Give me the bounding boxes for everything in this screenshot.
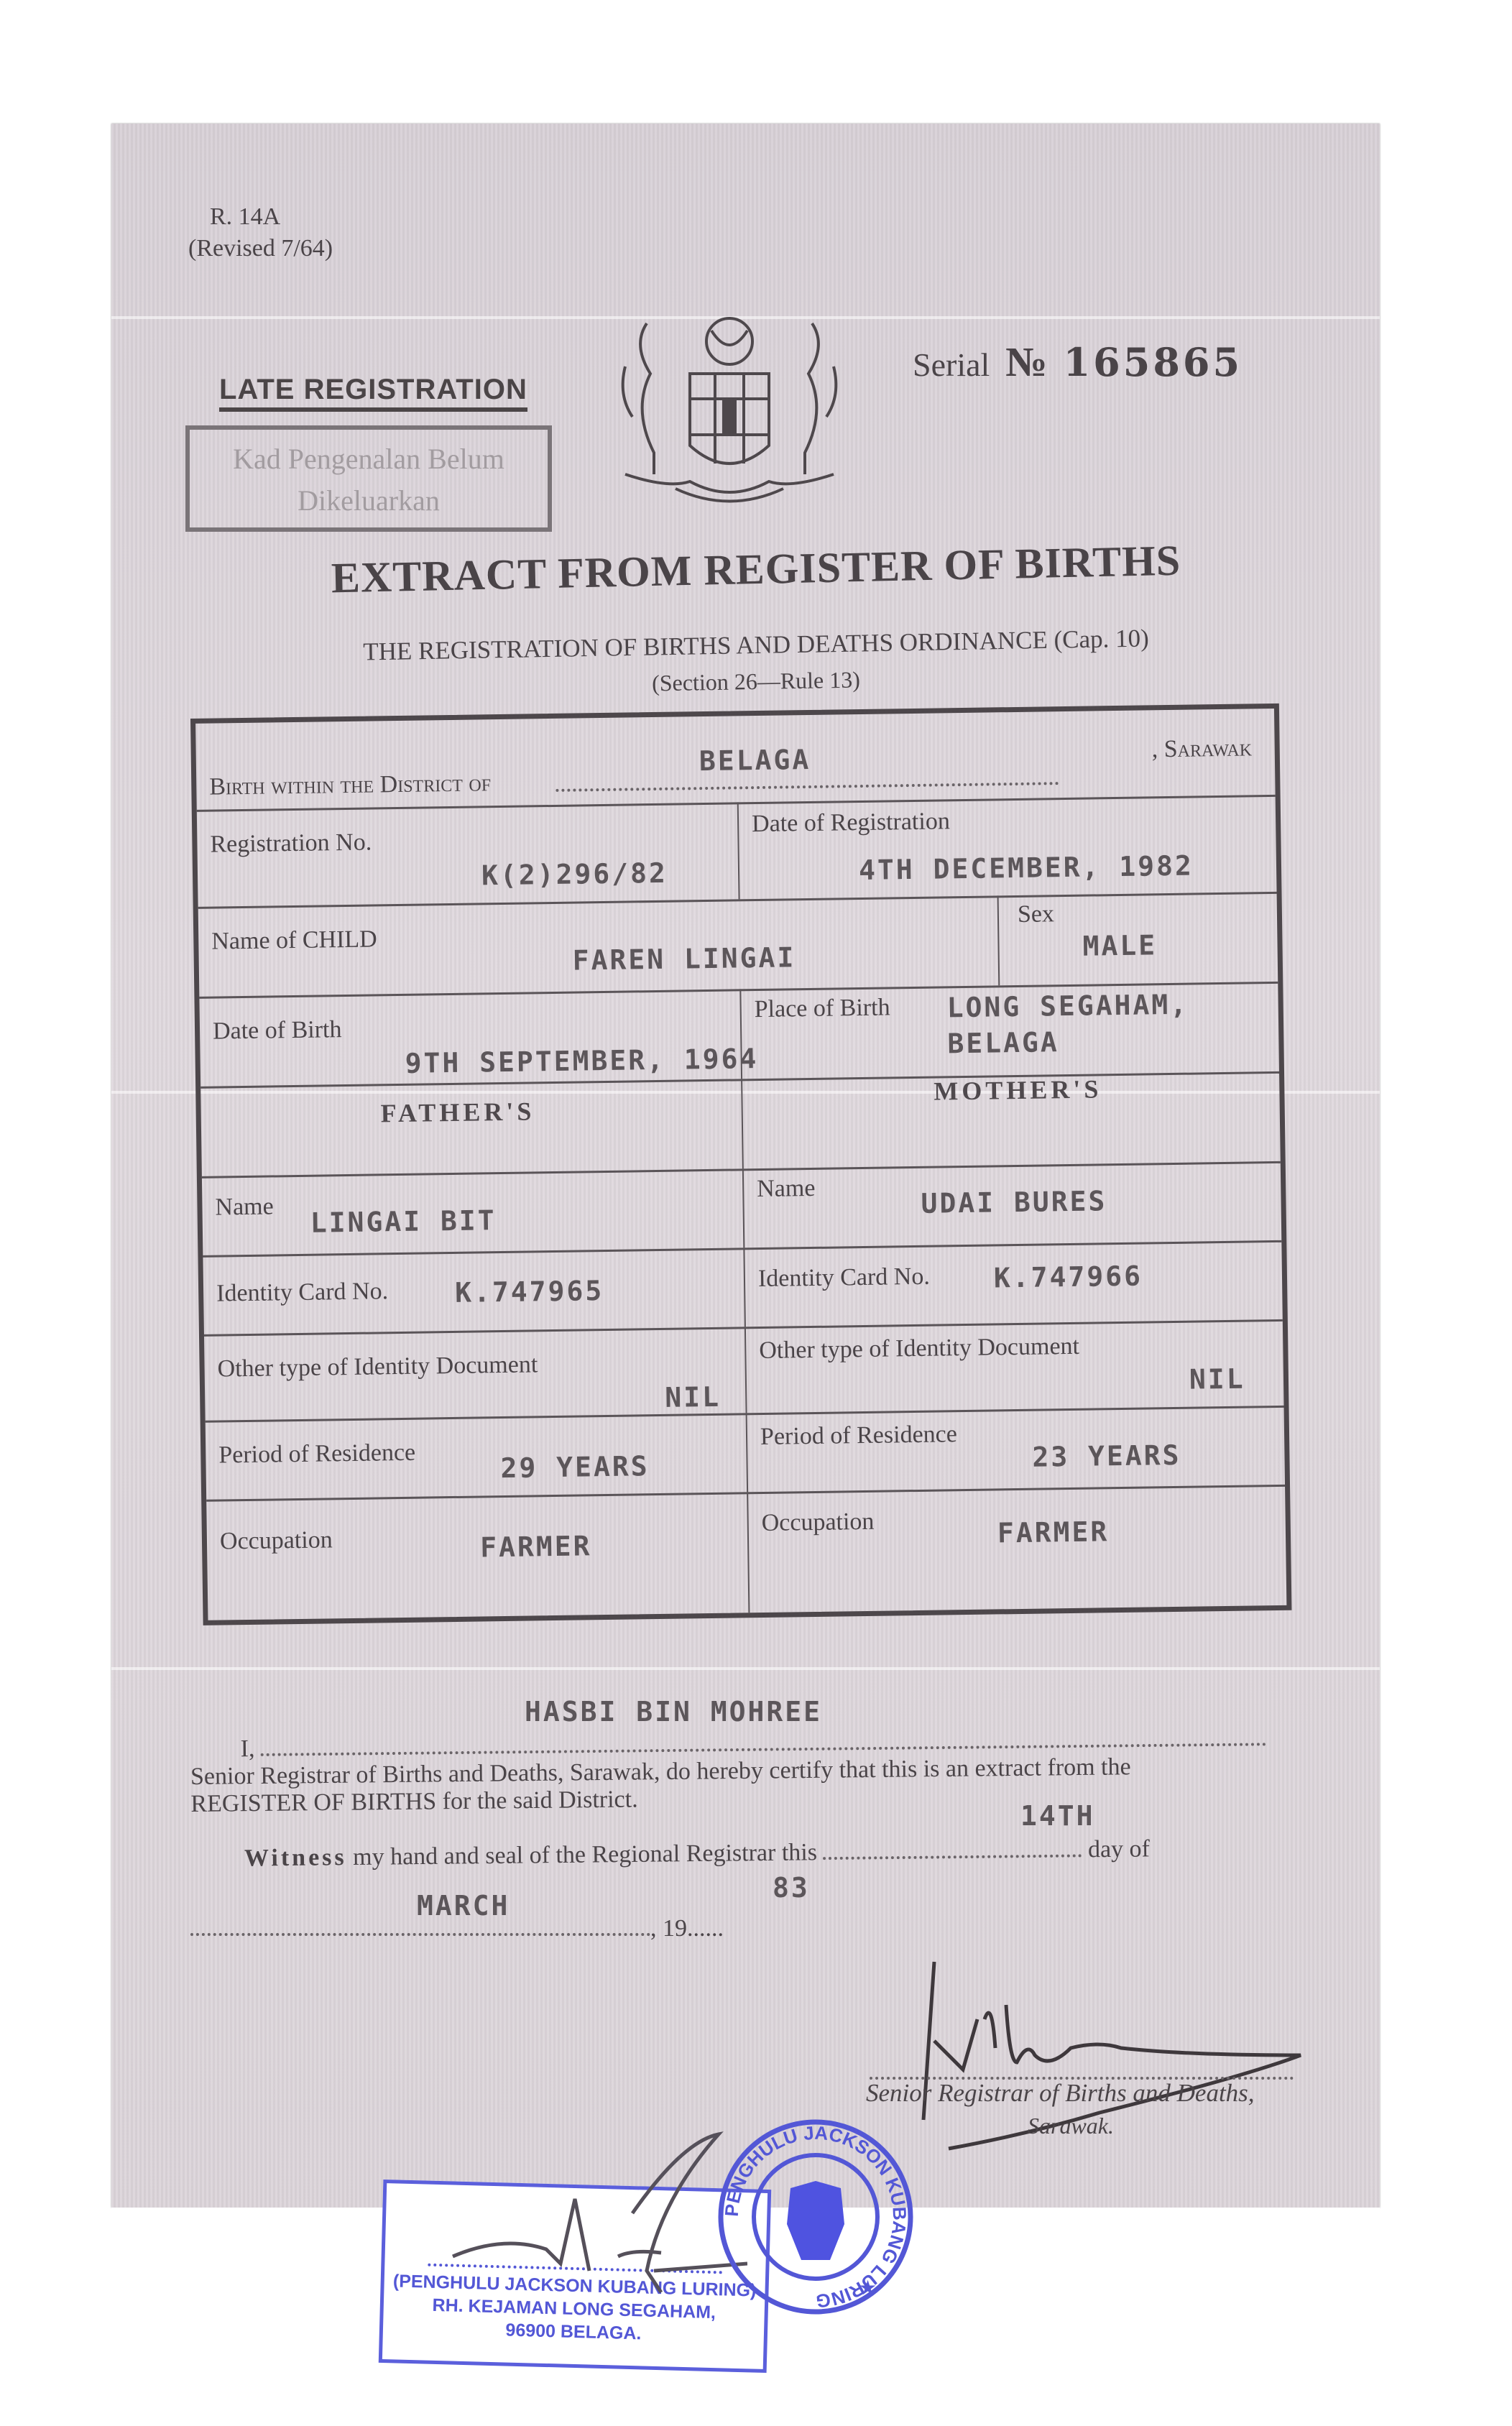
penghulu-signature-icon — [446, 2127, 747, 2300]
fold-line — [111, 1667, 1380, 1670]
stamp-line-1: Kad Pengenalan Belum — [190, 438, 548, 480]
numero-symbol: № — [1005, 338, 1047, 385]
date-of-registration-value: 4TH DECEMBER, 1982 — [859, 850, 1194, 886]
father-residence-value: 29 YEARS — [500, 1450, 650, 1484]
serial-number: Serial№165865 — [913, 338, 1243, 386]
dob-value: 9TH SEPTEMBER, 1964 — [405, 1043, 758, 1079]
sex-label: Sex — [1018, 900, 1055, 928]
form-code-text: R. 14A — [188, 201, 333, 233]
father-other-id-label: Other type of Identity Document — [217, 1351, 538, 1383]
registrar-signature-icon — [884, 1955, 1344, 2170]
malaysia-coat-of-arms-icon — [611, 302, 848, 517]
mother-ic-label: Identity Card No. — [758, 1263, 930, 1293]
father-name-label: Name — [215, 1193, 274, 1221]
penghulu-round-seal-icon: PENGHULU JACKSON KUBANG LURING ★ — [715, 2116, 916, 2317]
signature-place: Sarawak. — [1028, 2113, 1114, 2139]
form-code: R. 14A (Revised 7/64) — [188, 201, 333, 264]
mother-heading: MOTHER'S — [934, 1074, 1102, 1106]
witness-text: my hand and seal of the Regional Registr… — [353, 1839, 817, 1871]
mother-name-label: Name — [757, 1175, 816, 1203]
ic-not-issued-stamp: Kad Pengenalan Belum Dikeluarkan — [185, 425, 552, 532]
mother-residence-label: Period of Residence — [760, 1421, 957, 1451]
mother-residence-value: 23 YEARS — [1032, 1439, 1181, 1473]
mother-name-value: UDAI BURES — [921, 1185, 1107, 1219]
father-heading: FATHER'S — [380, 1096, 535, 1128]
day-suffix: day of — [1088, 1835, 1150, 1863]
certification-text: I, Senior Registrar of Births and Deaths… — [190, 1725, 1283, 1818]
child-row: Name of CHILD FAREN LINGAI Sex MALE — [198, 892, 1278, 999]
sex-value: MALE — [1082, 929, 1157, 961]
form-revision: (Revised 7/64) — [188, 233, 333, 264]
district-label: Birth within the District of — [209, 770, 491, 801]
child-name-value: FAREN LINGAI — [572, 941, 796, 976]
mother-occupation-label: Occupation — [761, 1508, 874, 1537]
district-suffix: , Sarawak — [1151, 734, 1252, 763]
svg-text:★: ★ — [859, 2277, 877, 2300]
place-of-birth-value-2: BELAGA — [947, 1026, 1059, 1059]
father-other-id-value: NIL — [665, 1381, 721, 1413]
registration-row: Registration No. K(2)296/82 Date of Regi… — [197, 795, 1277, 909]
mother-occupation-value: FARMER — [997, 1516, 1110, 1549]
child-name-label: Name of CHILD — [211, 926, 377, 955]
register-table: Birth within the District of BELAGA , Sa… — [190, 704, 1291, 1625]
registration-no-label: Registration No. — [210, 829, 372, 858]
place-of-birth-value-1: LONG SEGAHAM, — [946, 989, 1189, 1024]
parents-occupation-row: Occupation FARMER Occupation FARMER — [206, 1485, 1286, 1620]
dob-label: Date of Birth — [213, 1016, 342, 1046]
stamp-line-2: Dikeluarkan — [190, 480, 548, 522]
birth-row: Date of Birth 9TH SEPTEMBER, 1964 Place … — [199, 982, 1279, 1089]
witness-lead: Witness — [244, 1844, 347, 1871]
registrar-name-value: HASBI BIN MOHREE — [525, 1696, 822, 1728]
mother-other-id-value: NIL — [1189, 1363, 1245, 1396]
place-of-birth-label: Place of Birth — [754, 994, 890, 1023]
district-value: BELAGA — [699, 744, 811, 777]
parents-heading-row: FATHER'S MOTHER'S — [200, 1071, 1281, 1179]
father-ic-value: K.747965 — [455, 1275, 604, 1309]
serial-number-value: 165865 — [1064, 339, 1243, 385]
father-occupation-label: Occupation — [220, 1526, 333, 1555]
father-occupation-value: FARMER — [480, 1530, 592, 1563]
year-prefix: , 19...... — [650, 1915, 724, 1942]
day-value: 14TH — [1020, 1800, 1095, 1832]
registration-no-value: K(2)296/82 — [481, 857, 668, 892]
signature-title: Senior Registrar of Births and Deaths, — [866, 2079, 1255, 2108]
serial-label: Serial — [913, 346, 990, 383]
mother-other-id-label: Other type of Identity Document — [759, 1333, 1079, 1365]
month-year-line: , 19...... — [190, 1915, 724, 1942]
father-ic-label: Identity Card No. — [216, 1278, 388, 1307]
year-value: 83 — [773, 1872, 810, 1904]
certification-prefix: I, — [190, 1735, 254, 1763]
date-of-registration-label: Date of Registration — [752, 808, 950, 838]
father-residence-label: Period of Residence — [218, 1439, 415, 1470]
mother-ic-value: K.747966 — [994, 1260, 1143, 1294]
father-name-value: LINGAI BIT — [310, 1204, 497, 1239]
late-registration-label: LATE REGISTRATION — [219, 374, 527, 412]
